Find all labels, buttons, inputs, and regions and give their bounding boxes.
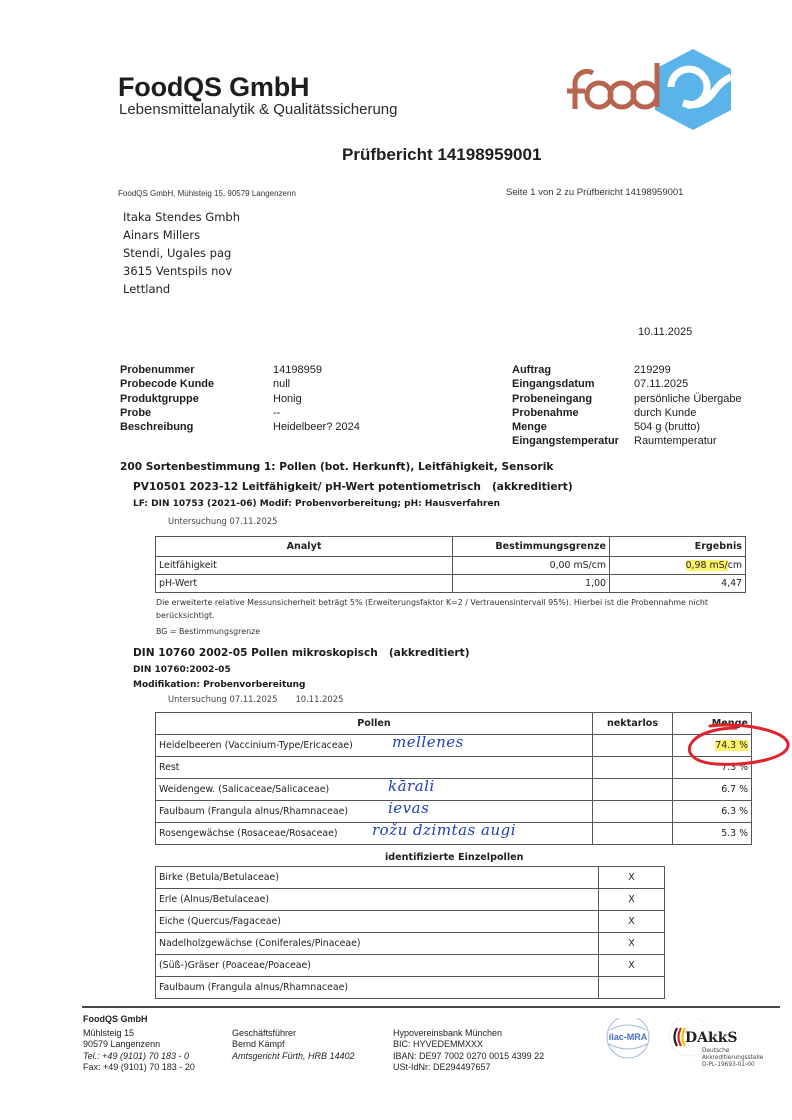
footer-bank: Hypovereinsbank München BIC: HYVEDEMMXXX… [393,1028,544,1073]
menge-cell: 6.3 % [673,801,752,823]
result-cell: 4,47 [610,575,746,593]
handwritten-note: ievas [388,799,429,817]
handwritten-note: mellenes [392,733,464,751]
info-value: 219299 [634,363,671,377]
info-row: Probenahmedurch Kunde [512,406,742,420]
report-title: Prüfbericht 14198959001 [342,145,541,165]
nektarlos-cell [593,757,673,779]
pollen-name: Eiche (Quercus/Fagaceae) [156,911,599,933]
analyt-cell: Leitfähigkeit [156,557,453,575]
info-row: Probecode Kundenull [120,377,360,391]
pollen-name: Faulbaum (Frangula alnus/Rhamnaceae) [156,977,599,999]
menge-cell: 5.3 % [673,823,752,845]
info-row: Probenummer14198959 [120,363,360,377]
info-value: 07.11.2025 [634,377,688,391]
mark-cell [599,977,665,999]
mark-cell: X [599,911,665,933]
dakks-title: DAkkS [685,1030,738,1046]
ilac-mra-logo: ilac-MRA [607,1018,649,1058]
highlighted-result: 0,98 mS/ [686,560,728,571]
pollen-name: (Süß-)Gräser (Poaceae/Poaceae) [156,955,599,977]
report-date: 10.11.2025 [638,326,692,338]
recipient-address: Itaka Stendes Gmbh Ainars Millers Stendi… [123,208,240,298]
foodqs-logo [563,47,743,132]
info-value: durch Kunde [634,406,696,420]
untersuchung-dates: Untersuchung 07.11.202510.11.2025 [168,694,361,704]
info-row: Probeneingangpersönliche Übergabe [512,392,742,406]
address-line: Stendi, Ugales pag [123,244,240,262]
nektarlos-cell [593,735,673,757]
mark-cell: X [599,933,665,955]
info-label: Eingangsdatum [512,377,634,391]
page-info: Seite 1 von 2 zu Prüfbericht 14198959001 [506,187,683,198]
result-cell: 0,98 mS/cm [610,557,746,575]
pollen-name: Rest [159,762,179,773]
pollen-name: Rosengewächse (Rosaceae/Rosaceae) [159,828,338,839]
pollen-table: Pollen nektarlos Menge Heidelbeeren (Vac… [155,712,752,845]
info-label: Probenummer [120,363,273,377]
info-row: Menge504 g (brutto) [512,420,742,434]
uncertainty-note: Die erweiterte relative Messunsicherheit… [156,597,756,622]
address-line: Ainars Millers [123,226,240,244]
footer-address: Mühlsteig 15 90579 Langenzenn Tel.: +49 … [83,1028,195,1073]
info-label: Probecode Kunde [120,377,273,391]
method-title: PV10501 2023-12 Leitfähigkeit/ pH-Wert p… [133,481,573,493]
table-row: Rosengewächse (Rosaceae/Rosaceae)rožu dz… [156,823,752,845]
info-row: Probe-- [120,406,360,420]
footer-divider [82,1006,780,1008]
pollen-name: Erle (Alnus/Betulaceae) [156,889,599,911]
table-row: Heidelbeeren (Vaccinium-Type/Ericaceae)m… [156,735,752,757]
info-value: null [273,377,290,391]
column-header: Bestimmungsgrenze [453,537,610,557]
info-label: Probe [120,406,273,420]
norm: DIN 10760:2002-05 [133,665,231,675]
method-title: DIN 10760 2002-05 Pollen mikroskopisch (… [133,647,470,659]
info-value: Heidelbeer? 2024 [273,420,360,434]
pollen-name: Heidelbeeren (Vaccinium-Type/Ericaceae) [159,740,353,751]
info-label: Eingangstemperatur [512,434,634,448]
info-value: 504 g (brutto) [634,420,700,434]
pollen-name: Weidengew. (Salicaceae/Salicaceae) [159,784,329,795]
nektarlos-cell [593,779,673,801]
company-subtitle: Lebensmittelanalytik & Qualitätssicherun… [119,101,397,118]
nektarlos-cell [593,823,673,845]
sender-line: FoodQS GmbH, Mühlsteig 15, 90579 Langenz… [118,189,296,198]
address-line: 3615 Ventspils nov [123,262,240,280]
pollen-name: Faulbaum (Frangula alnus/Rhamnaceae) [159,806,348,817]
info-label: Menge [512,420,634,434]
bg-cell: 0,00 mS/cm [453,557,610,575]
mark-cell: X [599,955,665,977]
table-row: pH-Wert 1,00 4,47 [156,575,746,593]
untersuchung-date: Untersuchung 07.11.2025 [168,516,277,526]
bg-cell: 1,00 [453,575,610,593]
einzelpollen-table: Birke (Betula/Betulaceae)X Erle (Alnus/B… [155,866,665,999]
table-row: Faulbaum (Frangula alnus/Rhamnaceae)ieva… [156,801,752,823]
info-label: Probenahme [512,406,634,420]
handwritten-note: kārali [388,777,435,795]
sample-info-left: Probenummer14198959 Probecode Kundenull … [120,363,360,434]
column-header: nektarlos [593,713,673,735]
info-label: Beschreibung [120,420,273,434]
section-title: 200 Sortenbestimmung 1: Pollen (bot. Her… [120,461,553,473]
handwritten-note: rožu dzimtas augi [372,821,516,839]
company-name: FoodQS GmbH [118,72,309,103]
analyt-cell: pH-Wert [156,575,453,593]
svg-text:ilac-MRA: ilac-MRA [609,1032,648,1042]
info-label: Produktgruppe [120,392,273,406]
dakks-subtitle: Deutsche Akkreditierungsstelle D-PL-1969… [702,1048,763,1070]
bg-note: BG = Bestimmungsgrenze [156,627,260,636]
info-value: persönliche Übergabe [634,392,742,406]
red-marker-circle [680,720,792,770]
info-value: -- [273,406,280,420]
conductivity-table: Analyt Bestimmungsgrenze Ergebnis Leitfä… [155,536,746,593]
table-row: Weidengew. (Salicaceae/Salicaceae)kārali… [156,779,752,801]
address-line: Lettland [123,280,240,298]
info-value: 14198959 [273,363,322,377]
table-row: (Süß-)Gräser (Poaceae/Poaceae)X [156,955,665,977]
mark-cell: X [599,889,665,911]
pollen-name: Birke (Betula/Betulaceae) [156,867,599,889]
info-row: ProduktgruppeHonig [120,392,360,406]
table-row: Leitfähigkeit 0,00 mS/cm 0,98 mS/cm [156,557,746,575]
info-value: Raumtemperatur [634,434,717,448]
mark-cell: X [599,867,665,889]
table-row: Nadelholzgewächse (Coniferales/Pinaceae)… [156,933,665,955]
info-row: EingangstemperaturRaumtemperatur [512,434,742,448]
table-row: Faulbaum (Frangula alnus/Rhamnaceae) [156,977,665,999]
address-line: Itaka Stendes Gmbh [123,208,240,226]
sample-info-right: Auftrag219299 Eingangsdatum07.11.2025 Pr… [512,363,742,449]
info-label: Probeneingang [512,392,634,406]
info-row: Auftrag219299 [512,363,742,377]
info-row: Eingangsdatum07.11.2025 [512,377,742,391]
footer-management: Geschäftsführer Bernd Kämpf Amtsgericht … [232,1028,355,1062]
column-header: Pollen [156,713,593,735]
table-row: Rest 7.3 % [156,757,752,779]
menge-cell: 6.7 % [673,779,752,801]
table-row: Eiche (Quercus/Fagaceae)X [156,911,665,933]
footer-company: FoodQS GmbH [83,1014,148,1025]
table-row: Erle (Alnus/Betulaceae)X [156,889,665,911]
table-header-row: Pollen nektarlos Menge [156,713,752,735]
pollen-name: Nadelholzgewächse (Coniferales/Pinaceae) [156,933,599,955]
column-header: Ergebnis [610,537,746,557]
einzelpollen-title: identifizierte Einzelpollen [385,852,523,863]
modification: Modifikation: Probenvorbereitung [133,680,306,690]
nektarlos-cell [593,801,673,823]
table-header-row: Analyt Bestimmungsgrenze Ergebnis [156,537,746,557]
info-value: Honig [273,392,302,406]
column-header: Analyt [156,537,453,557]
info-row: BeschreibungHeidelbeer? 2024 [120,420,360,434]
table-row: Birke (Betula/Betulaceae)X [156,867,665,889]
method-detail: LF: DIN 10753 (2021-06) Modif: Probenvor… [133,499,500,509]
info-label: Auftrag [512,363,634,377]
footer: FoodQS GmbH Mühlsteig 15 90579 Langenzen… [83,1014,148,1025]
